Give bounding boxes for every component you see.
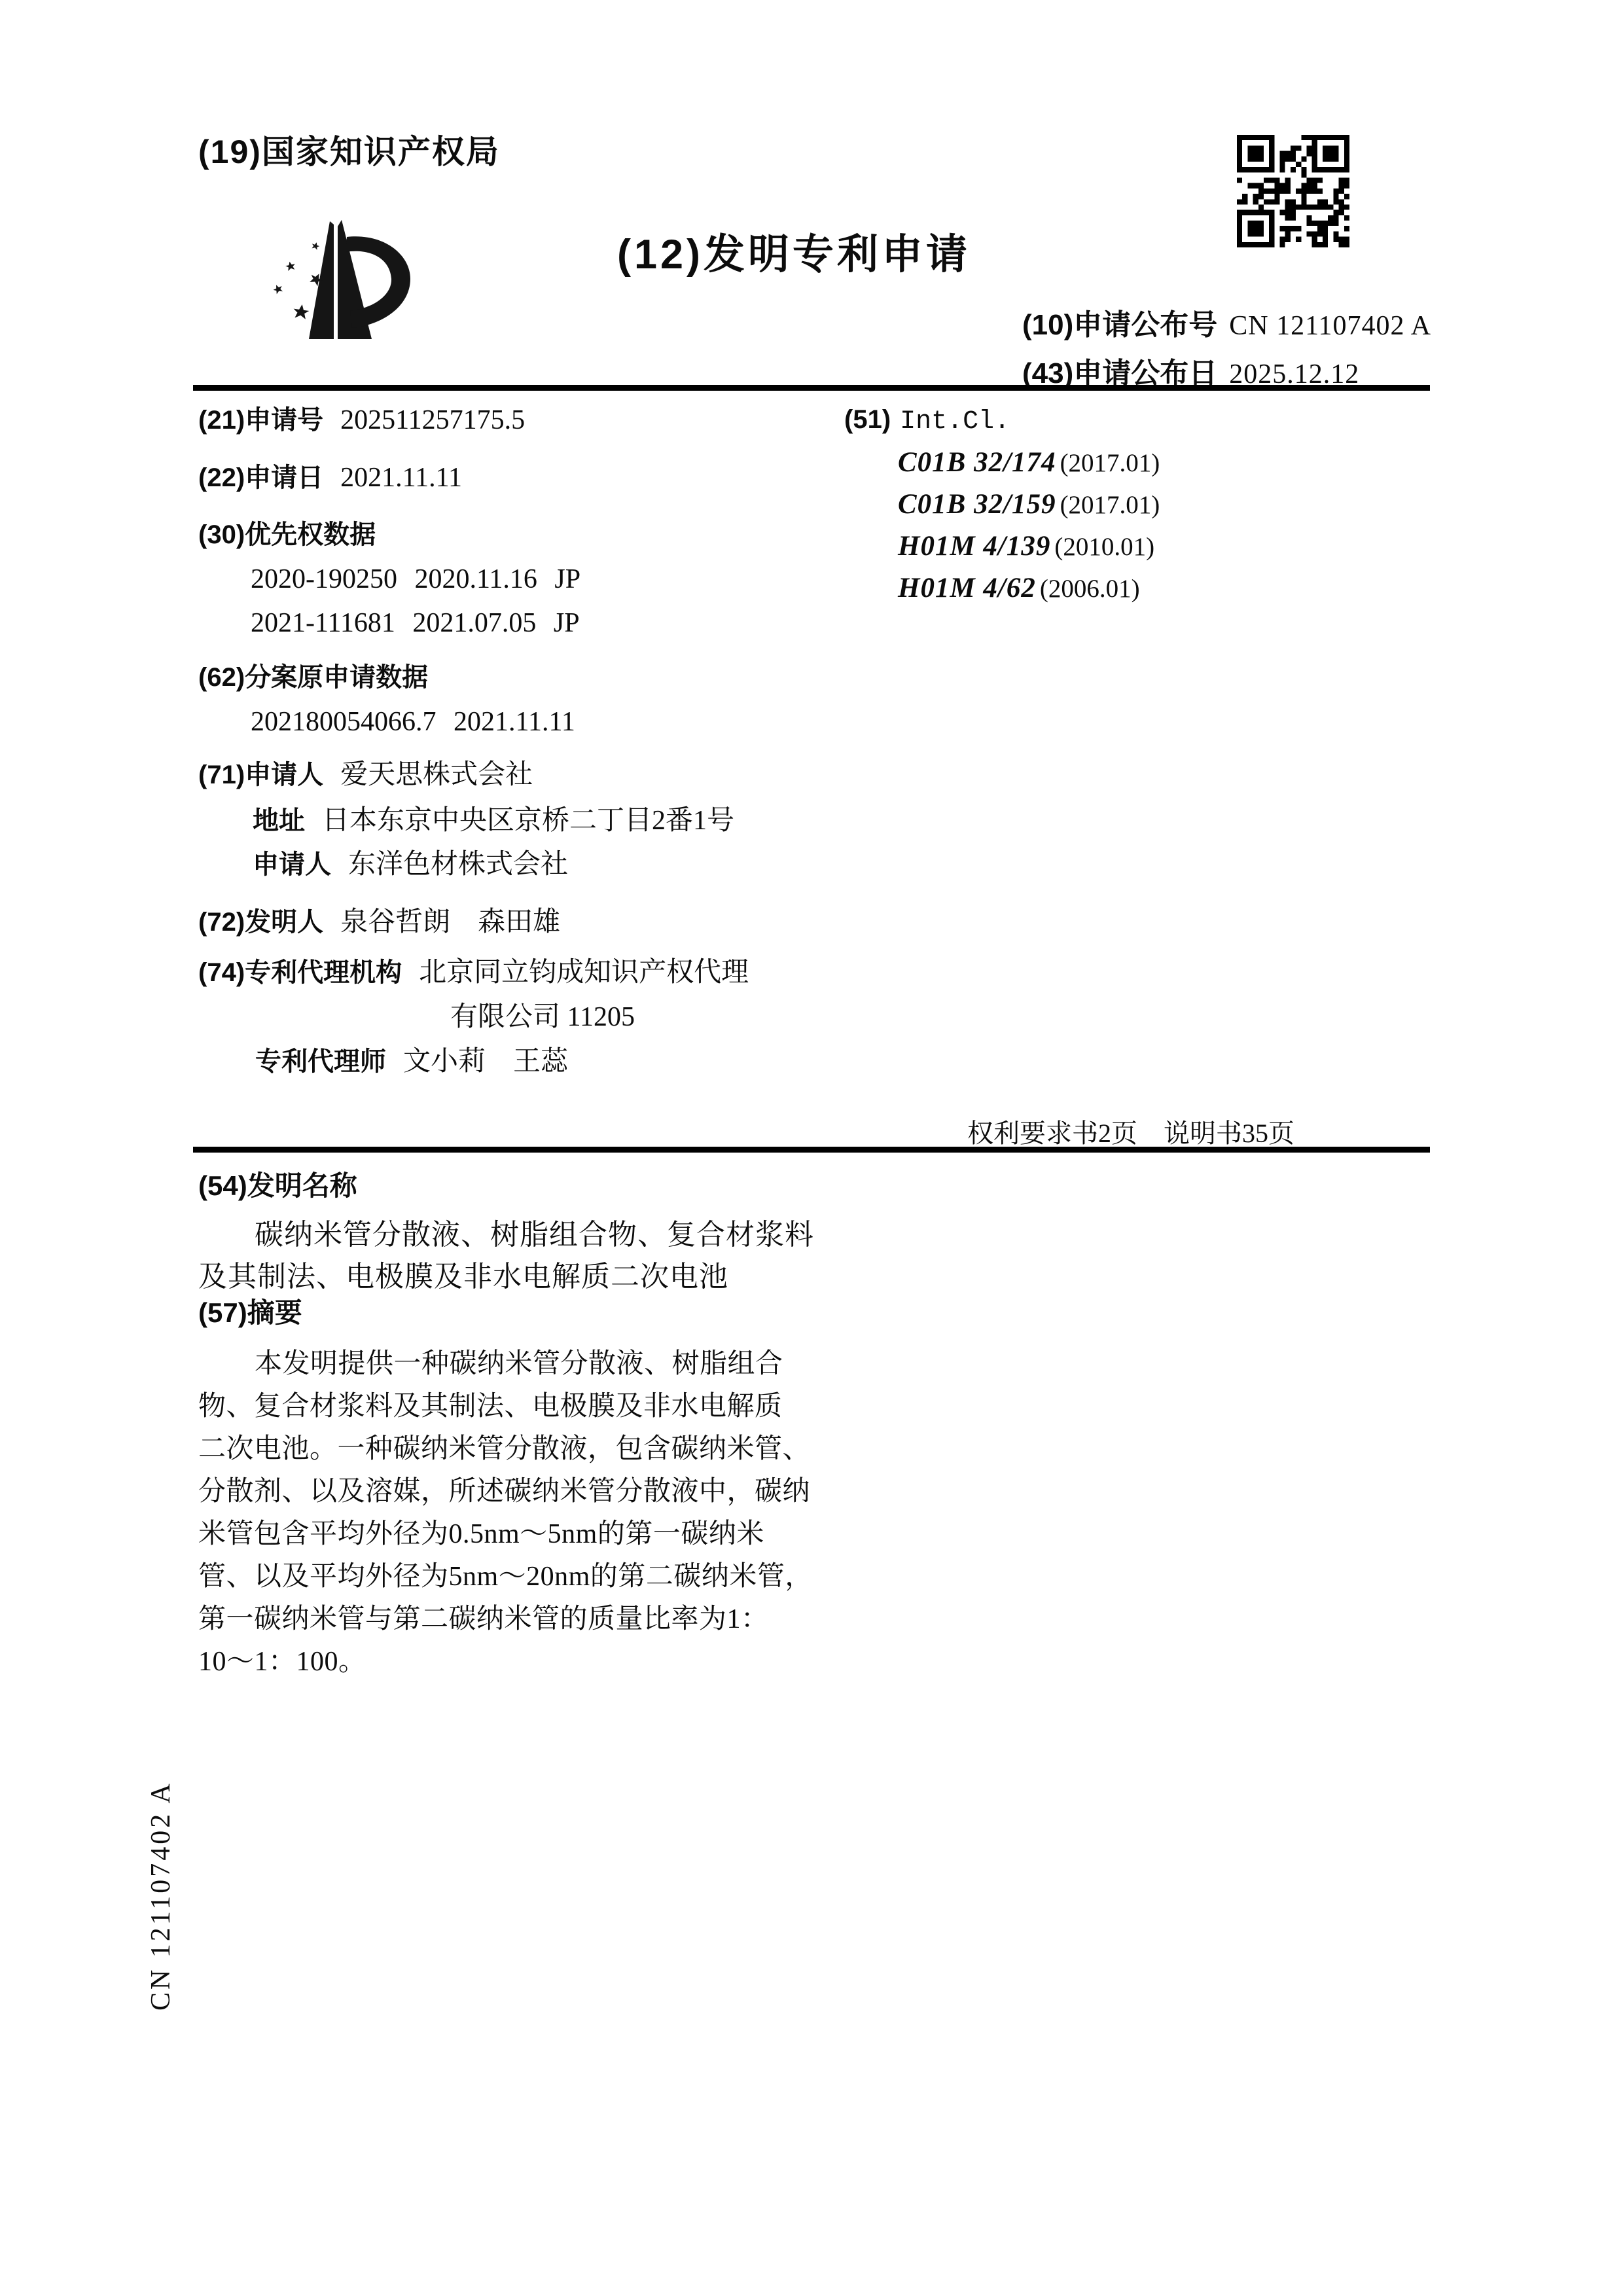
office-name: (19)国家知识产权局: [198, 126, 500, 173]
inventors-line: (72)发明人泉谷哲朗 森田雄: [198, 906, 560, 938]
inventors-value: 泉谷哲朗 森田雄: [340, 907, 560, 937]
abstract-line: 本发明提供一种碳纳米管分散液、树脂组合: [255, 1342, 783, 1381]
ipc-code: H01M 4/139: [898, 531, 1050, 562]
priority-entry: 2021-111681 2021.07.05 JP: [251, 607, 580, 639]
ipc-version: (2010.01): [1054, 533, 1154, 561]
agent-value: 文小莉 王蕊: [403, 1047, 568, 1077]
priority-entry: 2020-190250 2020.11.16 JP: [251, 564, 580, 595]
inventors-label: (72)发明人: [198, 908, 323, 937]
division-data-label: (62)分案原申请数据: [198, 663, 428, 692]
application-date-value: 2021.11.11: [340, 463, 462, 493]
ipc-entry: C01B 32/159(2017.01): [898, 488, 1160, 520]
applicant-line: (71)申请人爱天思株式会社: [198, 759, 533, 791]
application-number-line: (21)申请号202511257175.5: [198, 404, 525, 436]
logo-shapes: [272, 220, 410, 339]
ipc-version: (2017.01): [1060, 449, 1160, 477]
applicant-address-line: 地址日本东京中央区京桥二丁目2番1号: [253, 805, 734, 836]
address-label: 地址: [253, 806, 305, 835]
applicant-value: 爱天思株式会社: [340, 760, 533, 790]
priority-entry-value: 2020-190250 2020.11.16 JP: [251, 564, 580, 594]
agent-line: 专利代理师文小莉 王蕊: [255, 1046, 568, 1077]
agency-line: (74)专利代理机构北京同立钧成知识产权代理: [198, 957, 749, 988]
abstract-line: 10～1：100。: [198, 1640, 366, 1679]
division-entry-value: 202180054066.7 2021.11.11: [251, 707, 575, 737]
agency-value-line2: 有限公司 11205: [450, 1002, 635, 1032]
ipc-version: (2017.01): [1060, 491, 1160, 519]
division-entry: 202180054066.7 2021.11.11: [251, 706, 575, 738]
ipc-code: C01B 32/159: [898, 489, 1056, 520]
applicant-label: (71)申请人: [198, 761, 323, 789]
top-divider: [193, 385, 1430, 391]
invention-title-section-label: (54)发明名称: [198, 1170, 357, 1202]
cnipa-logo: [260, 215, 424, 346]
middle-divider: [193, 1147, 1430, 1153]
application-date-line: (22)申请日2021.11.11: [198, 462, 462, 493]
ipc-label-number: (51): [844, 405, 891, 434]
agency-label: (74)专利代理机构: [198, 958, 402, 987]
applicant2-value: 东洋色材株式会社: [348, 850, 568, 880]
document-type-title: (12)发明专利申请: [617, 221, 971, 281]
application-date-label: (22)申请日: [198, 463, 323, 492]
priority-data-label: (30)优先权数据: [198, 520, 376, 549]
ipc-entry: C01B 32/174(2017.01): [898, 446, 1160, 478]
priority-data-label-line: (30)优先权数据: [198, 520, 376, 550]
invention-title-line: 碳纳米管分散液、树脂组合物、复合材浆料: [255, 1211, 814, 1253]
ipc-code: H01M 4/62: [898, 573, 1036, 603]
abstract-line: 分散剂、以及溶媒，所述碳纳米管分散液中，碳纳: [198, 1469, 810, 1509]
application-number-label: (21)申请号: [198, 406, 323, 435]
abstract-line: 物、复合材浆料及其制法、电极膜及非水电解质: [198, 1384, 783, 1424]
publication-number-label: (10)申请公布号: [1022, 309, 1217, 341]
publication-number-line: (10)申请公布号CN 121107402 A: [1022, 301, 1431, 343]
side-publication-number: CN 121107402 A: [145, 1781, 177, 2011]
ipc-label-line: (51)Int.Cl.: [844, 404, 1010, 437]
patent-front-page: (19)国家知识产权局 (12)发明专利申请 (10)申请公布号CN 12110…: [0, 0, 1623, 2296]
qr-code: [1237, 135, 1349, 247]
agency-value-line1: 北京同立钧成知识产权代理: [419, 958, 749, 988]
abstract-label: (57)摘要: [198, 1297, 302, 1328]
ipc-entry: H01M 4/62(2006.01): [898, 572, 1140, 604]
ipc-version: (2006.01): [1040, 575, 1140, 603]
invention-title-label: (54)发明名称: [198, 1170, 357, 1201]
ipc-label-text: Int.Cl.: [900, 407, 1010, 437]
publication-number-value: CN 121107402 A: [1229, 311, 1431, 341]
applicant2-label: 申请人: [253, 850, 331, 879]
application-number-value: 202511257175.5: [340, 405, 525, 435]
abstract-line: 二次电池。一种碳纳米管分散液，包含碳纳米管、: [198, 1427, 810, 1466]
abstract-line: 第一碳纳米管与第二碳纳米管的质量比率为1：: [198, 1597, 769, 1636]
address-value: 日本东京中央区京桥二丁目2番1号: [322, 806, 734, 836]
ipc-entry: H01M 4/139(2010.01): [898, 530, 1154, 562]
ipc-code: C01B 32/174: [898, 447, 1056, 478]
abstract-section-label: (57)摘要: [198, 1297, 302, 1329]
pages-count-line: 权利要求书2页 说明书35页: [967, 1113, 1294, 1150]
abstract-line: 米管包含平均外径为0.5nm～5nm的第一碳纳米: [198, 1512, 764, 1551]
applicant2-line: 申请人东洋色材株式会社: [253, 849, 568, 880]
abstract-line: 管、以及平均外径为5nm～20nm的第二碳纳米管，: [198, 1554, 813, 1594]
invention-title-line: 及其制法、电极膜及非水电解质二次电池: [198, 1253, 728, 1295]
priority-entry-value: 2021-111681 2021.07.05 JP: [251, 608, 580, 638]
agency-continuation-line: 有限公司 11205: [450, 1001, 635, 1033]
agent-label: 专利代理师: [255, 1047, 386, 1076]
division-data-label-line: (62)分案原申请数据: [198, 662, 428, 692]
